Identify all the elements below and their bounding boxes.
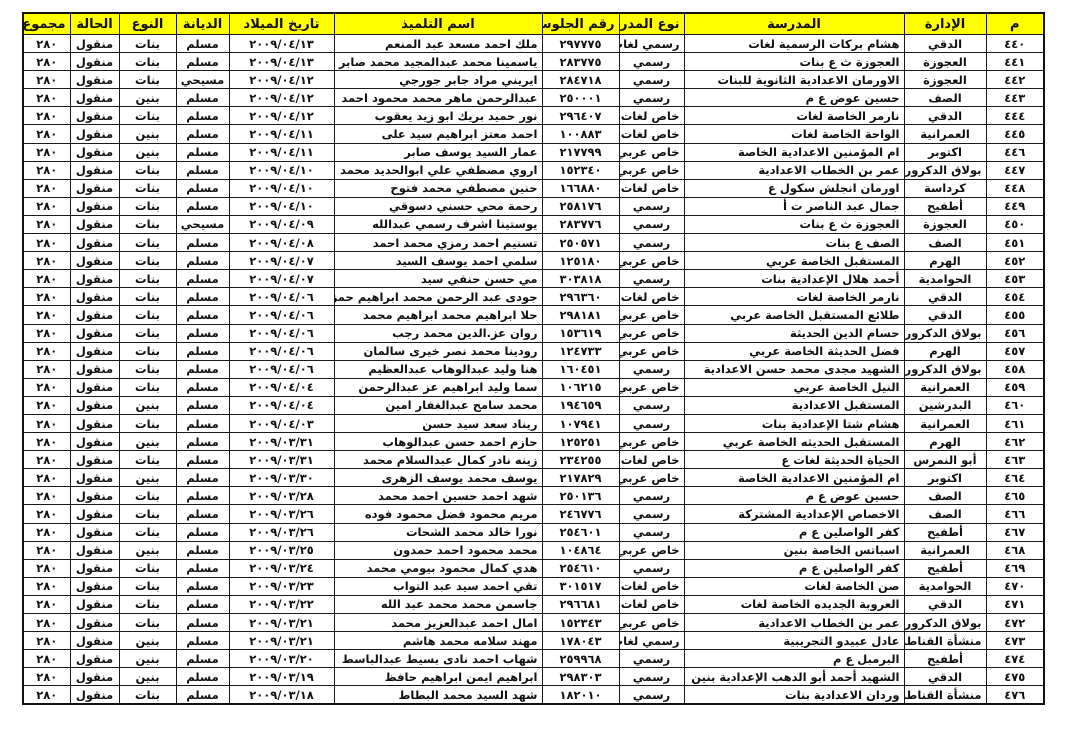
serial-cell: ٤٥٦ — [986, 324, 1044, 342]
gender-cell: بنين — [119, 541, 176, 559]
gender-cell: بنين — [119, 89, 176, 107]
seat-number-cell: ١٠٧٩٤١ — [542, 414, 619, 432]
table-row: ٤٦٢الهرمالمستقبل الحديثه الخاصة عربيخاص … — [23, 433, 1044, 451]
student-name-cell: روان عز.الدين محمد رجب — [334, 324, 542, 342]
school-type-cell: رسمي — [619, 559, 684, 577]
student-name-cell: محمد محمود احمد حمدون — [334, 541, 542, 559]
gender-cell: بنين — [119, 143, 176, 161]
student-name-cell: عمار السيد يوسف صابر — [334, 143, 542, 161]
student-name-cell: احمد معتز ابراهيم سيد على — [334, 125, 542, 143]
school-type-cell: رسمي — [619, 396, 684, 414]
student-name-cell: امال احمد عبدالعزيز محمد — [334, 614, 542, 632]
total-cell: ٢٨٠ — [23, 35, 70, 53]
administration-cell: الصف — [904, 234, 986, 252]
serial-cell: ٤٦١ — [986, 414, 1044, 432]
student-name-cell: جودى عبد الرحمن محمد ابراهيم حمزه — [334, 288, 542, 306]
col-header-serial: م — [986, 13, 1044, 35]
birth-date-cell: ٢٠٠٩/٠٣/٢٤ — [229, 559, 334, 577]
status-cell: منقول — [70, 360, 119, 378]
total-cell: ٢٨٠ — [23, 650, 70, 668]
total-cell: ٢٨٠ — [23, 686, 70, 705]
seat-number-cell: ١٩٤٦٥٩ — [542, 396, 619, 414]
religion-cell: مسلم — [176, 686, 229, 705]
total-cell: ٢٨٠ — [23, 215, 70, 233]
table-row: ٤٧٦منشأة القناطروردان الاعدادية بناترسمي… — [23, 686, 1044, 705]
table-row: ٤٥٠العجوزةالعجوزة ث ع بناترسمي٢٨٣٧٧٦يوست… — [23, 215, 1044, 233]
religion-cell: مسلم — [176, 53, 229, 71]
status-cell: منقول — [70, 541, 119, 559]
total-cell: ٢٨٠ — [23, 161, 70, 179]
table-row: ٤٥٥الدقيطلائع المستقبل الخاصة عربيخاص عر… — [23, 306, 1044, 324]
religion-cell: مسلم — [176, 270, 229, 288]
table-body: ٤٤٠الدقيهشام بركات الرسمية لغاترسمي لغات… — [23, 35, 1044, 705]
birth-date-cell: ٢٠٠٩/٠٤/١٣ — [229, 53, 334, 71]
birth-date-cell: ٢٠٠٩/٠٤/١٣ — [229, 35, 334, 53]
student-name-cell: محمد سامح عبدالغفار امين — [334, 396, 542, 414]
school-type-cell: خاص لغات — [619, 451, 684, 469]
student-name-cell: زينه نادر كمال عبدالسلام محمد — [334, 451, 542, 469]
student-name-cell: حازم احمد حسن عبدالوهاب — [334, 433, 542, 451]
serial-cell: ٤٥٤ — [986, 288, 1044, 306]
serial-cell: ٤٦٠ — [986, 396, 1044, 414]
birth-date-cell: ٢٠٠٩/٠٣/٣٠ — [229, 469, 334, 487]
gender-cell: بنات — [119, 360, 176, 378]
col-header-gender: النوع — [119, 13, 176, 35]
gender-cell: بنات — [119, 234, 176, 252]
religion-cell: مسلم — [176, 577, 229, 595]
seat-number-cell: ١٢٥١٨٠ — [542, 252, 619, 270]
serial-cell: ٤٥٣ — [986, 270, 1044, 288]
student-name-cell: مريم محمود فضل محمود فوده — [334, 505, 542, 523]
total-cell: ٢٨٠ — [23, 360, 70, 378]
table-row: ٤٤٣الصفحسين عوض ع مرسمي٢٥٠٠٠١عبدالرحمن م… — [23, 89, 1044, 107]
administration-cell: الهرم — [904, 342, 986, 360]
gender-cell: بنين — [119, 125, 176, 143]
student-name-cell: عبدالرحمن ماهر محمد محمود احمد — [334, 89, 542, 107]
status-cell: منقول — [70, 577, 119, 595]
religion-cell: مسلم — [176, 523, 229, 541]
serial-cell: ٤٥٩ — [986, 378, 1044, 396]
total-cell: ٢٨٠ — [23, 234, 70, 252]
religion-cell: مسلم — [176, 668, 229, 686]
seat-number-cell: ٢٩٦٣٦٠ — [542, 288, 619, 306]
total-cell: ٢٨٠ — [23, 306, 70, 324]
status-cell: منقول — [70, 107, 119, 125]
seat-number-cell: ٢٨٤٧١٨ — [542, 71, 619, 89]
serial-cell: ٤٤١ — [986, 53, 1044, 71]
table-row: ٤٧٥الدقيالشهيد أحمد أبو الدهب الإعدادية … — [23, 668, 1044, 686]
serial-cell: ٤٧٣ — [986, 632, 1044, 650]
school-cell: نارمر الخاصة لغات — [684, 288, 904, 306]
total-cell: ٢٨٠ — [23, 505, 70, 523]
school-cell: الاخصاص الإعدادية المشتركة — [684, 505, 904, 523]
gender-cell: بنات — [119, 306, 176, 324]
student-name-cell: رودينا محمد نصر خيرى سالمان — [334, 342, 542, 360]
serial-cell: ٤٦٢ — [986, 433, 1044, 451]
school-cell: الحياة الحديثة لغات ع — [684, 451, 904, 469]
gender-cell: بنين — [119, 469, 176, 487]
birth-date-cell: ٢٠٠٩/٠٤/٠٦ — [229, 306, 334, 324]
student-name-cell: نورا خالد محمد الشحات — [334, 523, 542, 541]
administration-cell: الحوامدية — [904, 270, 986, 288]
birth-date-cell: ٢٠٠٩/٠٣/٢٦ — [229, 505, 334, 523]
administration-cell: الدقي — [904, 35, 986, 53]
status-cell: منقول — [70, 523, 119, 541]
seat-number-cell: ٢٥٩٩٦٨ — [542, 650, 619, 668]
table-row: ٤٥٩العمرانيةالنيل الخاصة عربيخاص عربي١٠٦… — [23, 378, 1044, 396]
religion-cell: مسلم — [176, 107, 229, 125]
school-type-cell: خاص عربي — [619, 541, 684, 559]
school-cell: نارمر الخاصة لغات — [684, 107, 904, 125]
table-row: ٤٤٢العجوزةالاورمان الاعدادية الثانوية لل… — [23, 71, 1044, 89]
seat-number-cell: ٢٥٠٥٧١ — [542, 234, 619, 252]
birth-date-cell: ٢٠٠٩/٠٤/٠٦ — [229, 360, 334, 378]
religion-cell: مسلم — [176, 161, 229, 179]
student-name-cell: تسنيم احمد رمزي محمد احمد — [334, 234, 542, 252]
serial-cell: ٤٧٠ — [986, 577, 1044, 595]
student-name-cell: رحمة محي حسني دسوقي — [334, 197, 542, 215]
seat-number-cell: ٢٩٧٧٧٥ — [542, 35, 619, 53]
serial-cell: ٤٤٨ — [986, 179, 1044, 197]
table-row: ٤٦٩أطفيحكفر الواصلين ع مرسمي٢٥٤٦١٠هدي كم… — [23, 559, 1044, 577]
student-name-cell: ايريني مراد جابر جورجي — [334, 71, 542, 89]
administration-cell: الدقي — [904, 288, 986, 306]
student-name-cell: حلا ابراهيم محمد ابراهيم محمد — [334, 306, 542, 324]
religion-cell: مسلم — [176, 505, 229, 523]
seat-number-cell: ١٦٠٤٥١ — [542, 360, 619, 378]
serial-cell: ٤٤٩ — [986, 197, 1044, 215]
serial-cell: ٤٤٤ — [986, 107, 1044, 125]
status-cell: منقول — [70, 71, 119, 89]
serial-cell: ٤٤٠ — [986, 35, 1044, 53]
status-cell: منقول — [70, 324, 119, 342]
serial-cell: ٤٤٢ — [986, 71, 1044, 89]
table-row: ٤٤٥العمرانيةالواحة الخاصة لغاتخاص لغات١٠… — [23, 125, 1044, 143]
gender-cell: بنات — [119, 35, 176, 53]
table-row: ٤٧٤أطفيحالبرمبل ع مرسمي٢٥٩٩٦٨شهاب احمد ن… — [23, 650, 1044, 668]
status-cell: منقول — [70, 505, 119, 523]
religion-cell: مسلم — [176, 306, 229, 324]
school-type-cell: خاص لغات — [619, 288, 684, 306]
total-cell: ٢٨٠ — [23, 197, 70, 215]
birth-date-cell: ٢٠٠٩/٠٤/٠٧ — [229, 270, 334, 288]
status-cell: منقول — [70, 378, 119, 396]
school-type-cell: رسمي — [619, 53, 684, 71]
table-row: ٤٥٣الحوامديةأحمد هلال الإعدادية بناترسمي… — [23, 270, 1044, 288]
status-cell: منقول — [70, 53, 119, 71]
school-cell: ام المؤمنين الاعدادية الخاصة — [684, 143, 904, 161]
table-row: ٤٤٠الدقيهشام بركات الرسمية لغاترسمي لغات… — [23, 35, 1044, 53]
table-row: ٤٤٧بولاق الدكرورعمر بن الخطاب الاعداديةخ… — [23, 161, 1044, 179]
administration-cell: بولاق الدكرور — [904, 614, 986, 632]
seat-number-cell: ١٥٢٣٤٠ — [542, 161, 619, 179]
administration-cell: الهرم — [904, 433, 986, 451]
administration-cell: أطفيح — [904, 197, 986, 215]
table-row: ٤٤٩أطفيحجمال عبد الناصر ت أرسمي٢٥٨١٧٦رحم… — [23, 197, 1044, 215]
religion-cell: مسلم — [176, 433, 229, 451]
serial-cell: ٤٤٥ — [986, 125, 1044, 143]
administration-cell: منشأة القناطر — [904, 686, 986, 705]
administration-cell: اكتوبر — [904, 469, 986, 487]
administration-cell: الصف — [904, 487, 986, 505]
seat-number-cell: ٢١٧٧٩٩ — [542, 143, 619, 161]
serial-cell: ٤٦٤ — [986, 469, 1044, 487]
school-cell: هشام شتا الإعدادية بنات — [684, 414, 904, 432]
seat-number-cell: ٢٥٠٠٠١ — [542, 89, 619, 107]
table-row: ٤٧٠الحوامديةصن الخاصة لغاتخاص لغات٣٠١٥١٧… — [23, 577, 1044, 595]
status-cell: منقول — [70, 306, 119, 324]
birth-date-cell: ٢٠٠٩/٠٣/٣١ — [229, 451, 334, 469]
birth-date-cell: ٢٠٠٩/٠٤/١٢ — [229, 89, 334, 107]
birth-date-cell: ٢٠٠٩/٠٤/١٠ — [229, 161, 334, 179]
total-cell: ٢٨٠ — [23, 288, 70, 306]
administration-cell: العجوزة — [904, 215, 986, 233]
status-cell: منقول — [70, 487, 119, 505]
serial-cell: ٤٤٣ — [986, 89, 1044, 107]
religion-cell: مسيحي — [176, 215, 229, 233]
religion-cell: مسلم — [176, 414, 229, 432]
administration-cell: الصف — [904, 89, 986, 107]
seat-number-cell: ٢٨٣٧٧٦ — [542, 215, 619, 233]
religion-cell: مسلم — [176, 35, 229, 53]
school-cell: الشهيد أحمد أبو الدهب الإعدادية بنين — [684, 668, 904, 686]
religion-cell: مسلم — [176, 541, 229, 559]
total-cell: ٢٨٠ — [23, 179, 70, 197]
school-type-cell: رسمي — [619, 215, 684, 233]
status-cell: منقول — [70, 396, 119, 414]
birth-date-cell: ٢٠٠٩/٠٣/٢٥ — [229, 541, 334, 559]
student-name-cell: ريناد سعد سيد حسن — [334, 414, 542, 432]
gender-cell: بنين — [119, 433, 176, 451]
school-type-cell: خاص لغات — [619, 595, 684, 613]
birth-date-cell: ٢٠٠٩/٠٣/٢٣ — [229, 577, 334, 595]
serial-cell: ٤٦٨ — [986, 541, 1044, 559]
administration-cell: بولاق الدكرور — [904, 161, 986, 179]
school-type-cell: خاص عربي — [619, 378, 684, 396]
school-type-cell: رسمي — [619, 234, 684, 252]
total-cell: ٢٨٠ — [23, 632, 70, 650]
religion-cell: مسلم — [176, 197, 229, 215]
serial-cell: ٤٧١ — [986, 595, 1044, 613]
gender-cell: بنات — [119, 595, 176, 613]
student-name-cell: اروي مصطفي علي ابوالحديد محمد — [334, 161, 542, 179]
religion-cell: مسيحي — [176, 71, 229, 89]
seat-number-cell: ٣٠١٥١٧ — [542, 577, 619, 595]
school-type-cell: رسمي — [619, 523, 684, 541]
serial-cell: ٤٧٦ — [986, 686, 1044, 705]
student-name-cell: شهاب احمد نادى بسيط عبدالباسط — [334, 650, 542, 668]
administration-cell: العمرانية — [904, 378, 986, 396]
school-cell: وردان الاعدادية بنات — [684, 686, 904, 705]
gender-cell: بنات — [119, 686, 176, 705]
student-name-cell: جاسمن محمد محمد عبد الله — [334, 595, 542, 613]
total-cell: ٢٨٠ — [23, 451, 70, 469]
birth-date-cell: ٢٠٠٩/٠٤/٠٤ — [229, 378, 334, 396]
administration-cell: كرداسة — [904, 179, 986, 197]
school-cell: العجوزة ث ع بنات — [684, 215, 904, 233]
administration-cell: العمرانية — [904, 541, 986, 559]
school-cell: فضل الحديثة الخاصة عربي — [684, 342, 904, 360]
total-cell: ٢٨٠ — [23, 252, 70, 270]
table-row: ٤٥٧الهرمفضل الحديثة الخاصة عربيخاص عربي١… — [23, 342, 1044, 360]
total-cell: ٢٨٠ — [23, 541, 70, 559]
school-type-cell: خاص عربي — [619, 433, 684, 451]
school-cell: العجوزة ث ع بنات — [684, 53, 904, 71]
school-type-cell: خاص عربي — [619, 324, 684, 342]
total-cell: ٢٨٠ — [23, 668, 70, 686]
gender-cell: بنات — [119, 378, 176, 396]
school-cell: أحمد هلال الإعدادية بنات — [684, 270, 904, 288]
serial-cell: ٤٥١ — [986, 234, 1044, 252]
total-cell: ٢٨٠ — [23, 378, 70, 396]
total-cell: ٢٨٠ — [23, 559, 70, 577]
administration-cell: أبو النمرس — [904, 451, 986, 469]
birth-date-cell: ٢٠٠٩/٠٣/٢٦ — [229, 523, 334, 541]
status-cell: منقول — [70, 650, 119, 668]
administration-cell: البدرشين — [904, 396, 986, 414]
religion-cell: مسلم — [176, 125, 229, 143]
religion-cell: مسلم — [176, 650, 229, 668]
religion-cell: مسلم — [176, 89, 229, 107]
school-cell: المستقبل الخاصة عربي — [684, 252, 904, 270]
serial-cell: ٤٦٦ — [986, 505, 1044, 523]
birth-date-cell: ٢٠٠٩/٠٣/٢٢ — [229, 595, 334, 613]
school-cell: الشهيد مجدى محمد حسن الاعدادية — [684, 360, 904, 378]
status-cell: منقول — [70, 288, 119, 306]
status-cell: منقول — [70, 197, 119, 215]
birth-date-cell: ٢٠٠٩/٠٣/٢٠ — [229, 650, 334, 668]
school-type-cell: خاص عربي — [619, 252, 684, 270]
status-cell: منقول — [70, 215, 119, 233]
status-cell: منقول — [70, 35, 119, 53]
seat-number-cell: ١٠٤٨٦٤ — [542, 541, 619, 559]
gender-cell: بنات — [119, 414, 176, 432]
student-name-cell: يوسف محمد يوسف الزهرى — [334, 469, 542, 487]
table-row: ٤٥١الصفالصف ع بناترسمي٢٥٠٥٧١تسنيم احمد ر… — [23, 234, 1044, 252]
total-cell: ٢٨٠ — [23, 125, 70, 143]
birth-date-cell: ٢٠٠٩/٠٤/١١ — [229, 143, 334, 161]
seat-number-cell: ٢٨٣٧٧٥ — [542, 53, 619, 71]
seat-number-cell: ١٠٠٨٨٣ — [542, 125, 619, 143]
student-name-cell: مي حسن حنفي سيد — [334, 270, 542, 288]
seat-number-cell: ١٢٥٢٥١ — [542, 433, 619, 451]
religion-cell: مسلم — [176, 595, 229, 613]
serial-cell: ٤٥٠ — [986, 215, 1044, 233]
table-row: ٤٧٣منشأة القناطرعادل عبيدو التجريبيةرسمي… — [23, 632, 1044, 650]
school-cell: هشام بركات الرسمية لغات — [684, 35, 904, 53]
col-header-seat-number: رقم الجلوس — [542, 13, 619, 35]
total-cell: ٢٨٠ — [23, 89, 70, 107]
religion-cell: مسلم — [176, 487, 229, 505]
status-cell: منقول — [70, 125, 119, 143]
gender-cell: بنين — [119, 632, 176, 650]
seat-number-cell: ٢٥٨١٧٦ — [542, 197, 619, 215]
school-type-cell: خاص لغات — [619, 125, 684, 143]
seat-number-cell: ٣٠٣٨١٨ — [542, 270, 619, 288]
school-cell: المستقبل الحديثه الخاصة عربي — [684, 433, 904, 451]
status-cell: منقول — [70, 632, 119, 650]
gender-cell: بنات — [119, 451, 176, 469]
gender-cell: بنات — [119, 252, 176, 270]
total-cell: ٢٨٠ — [23, 53, 70, 71]
school-cell: النيل الخاصة عربي — [684, 378, 904, 396]
birth-date-cell: ٢٠٠٩/٠٣/١٩ — [229, 668, 334, 686]
table-row: ٤٧٢بولاق الدكرورعمر بن الخطاب الاعداديةخ… — [23, 614, 1044, 632]
school-cell: جمال عبد الناصر ت أ — [684, 197, 904, 215]
seat-number-cell: ٢٤٦٧٧٦ — [542, 505, 619, 523]
serial-cell: ٤٥٢ — [986, 252, 1044, 270]
administration-cell: الدقي — [904, 306, 986, 324]
serial-cell: ٤٥٧ — [986, 342, 1044, 360]
header-row: م الإدارة المدرسة نوع المدرسة رقم الجلوس… — [23, 13, 1044, 35]
student-name-cell: سما وليد ابراهيم عز عبدالرحمن — [334, 378, 542, 396]
seat-number-cell: ١٥٢٣٤٣ — [542, 614, 619, 632]
seat-number-cell: ٢٩٦٦٨١ — [542, 595, 619, 613]
total-cell: ٢٨٠ — [23, 324, 70, 342]
total-cell: ٢٨٠ — [23, 342, 70, 360]
seat-number-cell: ٢٥٠١٣٦ — [542, 487, 619, 505]
total-cell: ٢٨٠ — [23, 143, 70, 161]
school-type-cell: خاص عربي — [619, 469, 684, 487]
seat-number-cell: ١٦٦٨٨٠ — [542, 179, 619, 197]
gender-cell: بنين — [119, 396, 176, 414]
col-header-administration: الإدارة — [904, 13, 986, 35]
serial-cell: ٤٤٦ — [986, 143, 1044, 161]
students-table: م الإدارة المدرسة نوع المدرسة رقم الجلوس… — [22, 12, 1045, 705]
birth-date-cell: ٢٠٠٩/٠٤/١٠ — [229, 197, 334, 215]
school-cell: المستقبل الاعدادية — [684, 396, 904, 414]
school-type-cell: خاص عربي — [619, 161, 684, 179]
school-type-cell: رسمي — [619, 360, 684, 378]
total-cell: ٢٨٠ — [23, 107, 70, 125]
seat-number-cell: ١٥٣٦١٩ — [542, 324, 619, 342]
status-cell: منقول — [70, 342, 119, 360]
serial-cell: ٤٥٨ — [986, 360, 1044, 378]
religion-cell: مسلم — [176, 342, 229, 360]
religion-cell: مسلم — [176, 179, 229, 197]
gender-cell: بنين — [119, 650, 176, 668]
administration-cell: الحوامدية — [904, 577, 986, 595]
col-header-birth-date: تاريخ الميلاد — [229, 13, 334, 35]
total-cell: ٢٨٠ — [23, 595, 70, 613]
birth-date-cell: ٢٠٠٩/٠٤/٠٨ — [229, 234, 334, 252]
table-row: ٤٥٨بولاق الدكرورالشهيد مجدى محمد حسن الا… — [23, 360, 1044, 378]
total-cell: ٢٨٠ — [23, 396, 70, 414]
administration-cell: بولاق الدكرور — [904, 324, 986, 342]
table-row: ٤٦٦الصفالاخصاص الإعدادية المشتركةرسمي٢٤٦… — [23, 505, 1044, 523]
school-type-cell: رسمي — [619, 487, 684, 505]
total-cell: ٢٨٠ — [23, 71, 70, 89]
administration-cell: أطفيح — [904, 650, 986, 668]
seat-number-cell: ٢٥٤٦١٠ — [542, 559, 619, 577]
serial-cell: ٤٧٤ — [986, 650, 1044, 668]
religion-cell: مسلم — [176, 396, 229, 414]
status-cell: منقول — [70, 161, 119, 179]
student-name-cell: يوستينا اشرف رسمي عبدالله — [334, 215, 542, 233]
student-name-cell: نور حميد بريك ابو زيد يعقوب — [334, 107, 542, 125]
school-cell: حسام الدين الحديثة — [684, 324, 904, 342]
col-header-total: مجموع — [23, 13, 70, 35]
birth-date-cell: ٢٠٠٩/٠٤/٠٩ — [229, 215, 334, 233]
gender-cell: بنات — [119, 53, 176, 71]
status-cell: منقول — [70, 252, 119, 270]
birth-date-cell: ٢٠٠٩/٠٣/٣١ — [229, 433, 334, 451]
status-cell: منقول — [70, 614, 119, 632]
religion-cell: مسلم — [176, 559, 229, 577]
school-cell: كفر الواصلين ع م — [684, 559, 904, 577]
seat-number-cell: ١٧٨٠٤٣ — [542, 632, 619, 650]
student-name-cell: سلمي احمد يوسف السيد — [334, 252, 542, 270]
